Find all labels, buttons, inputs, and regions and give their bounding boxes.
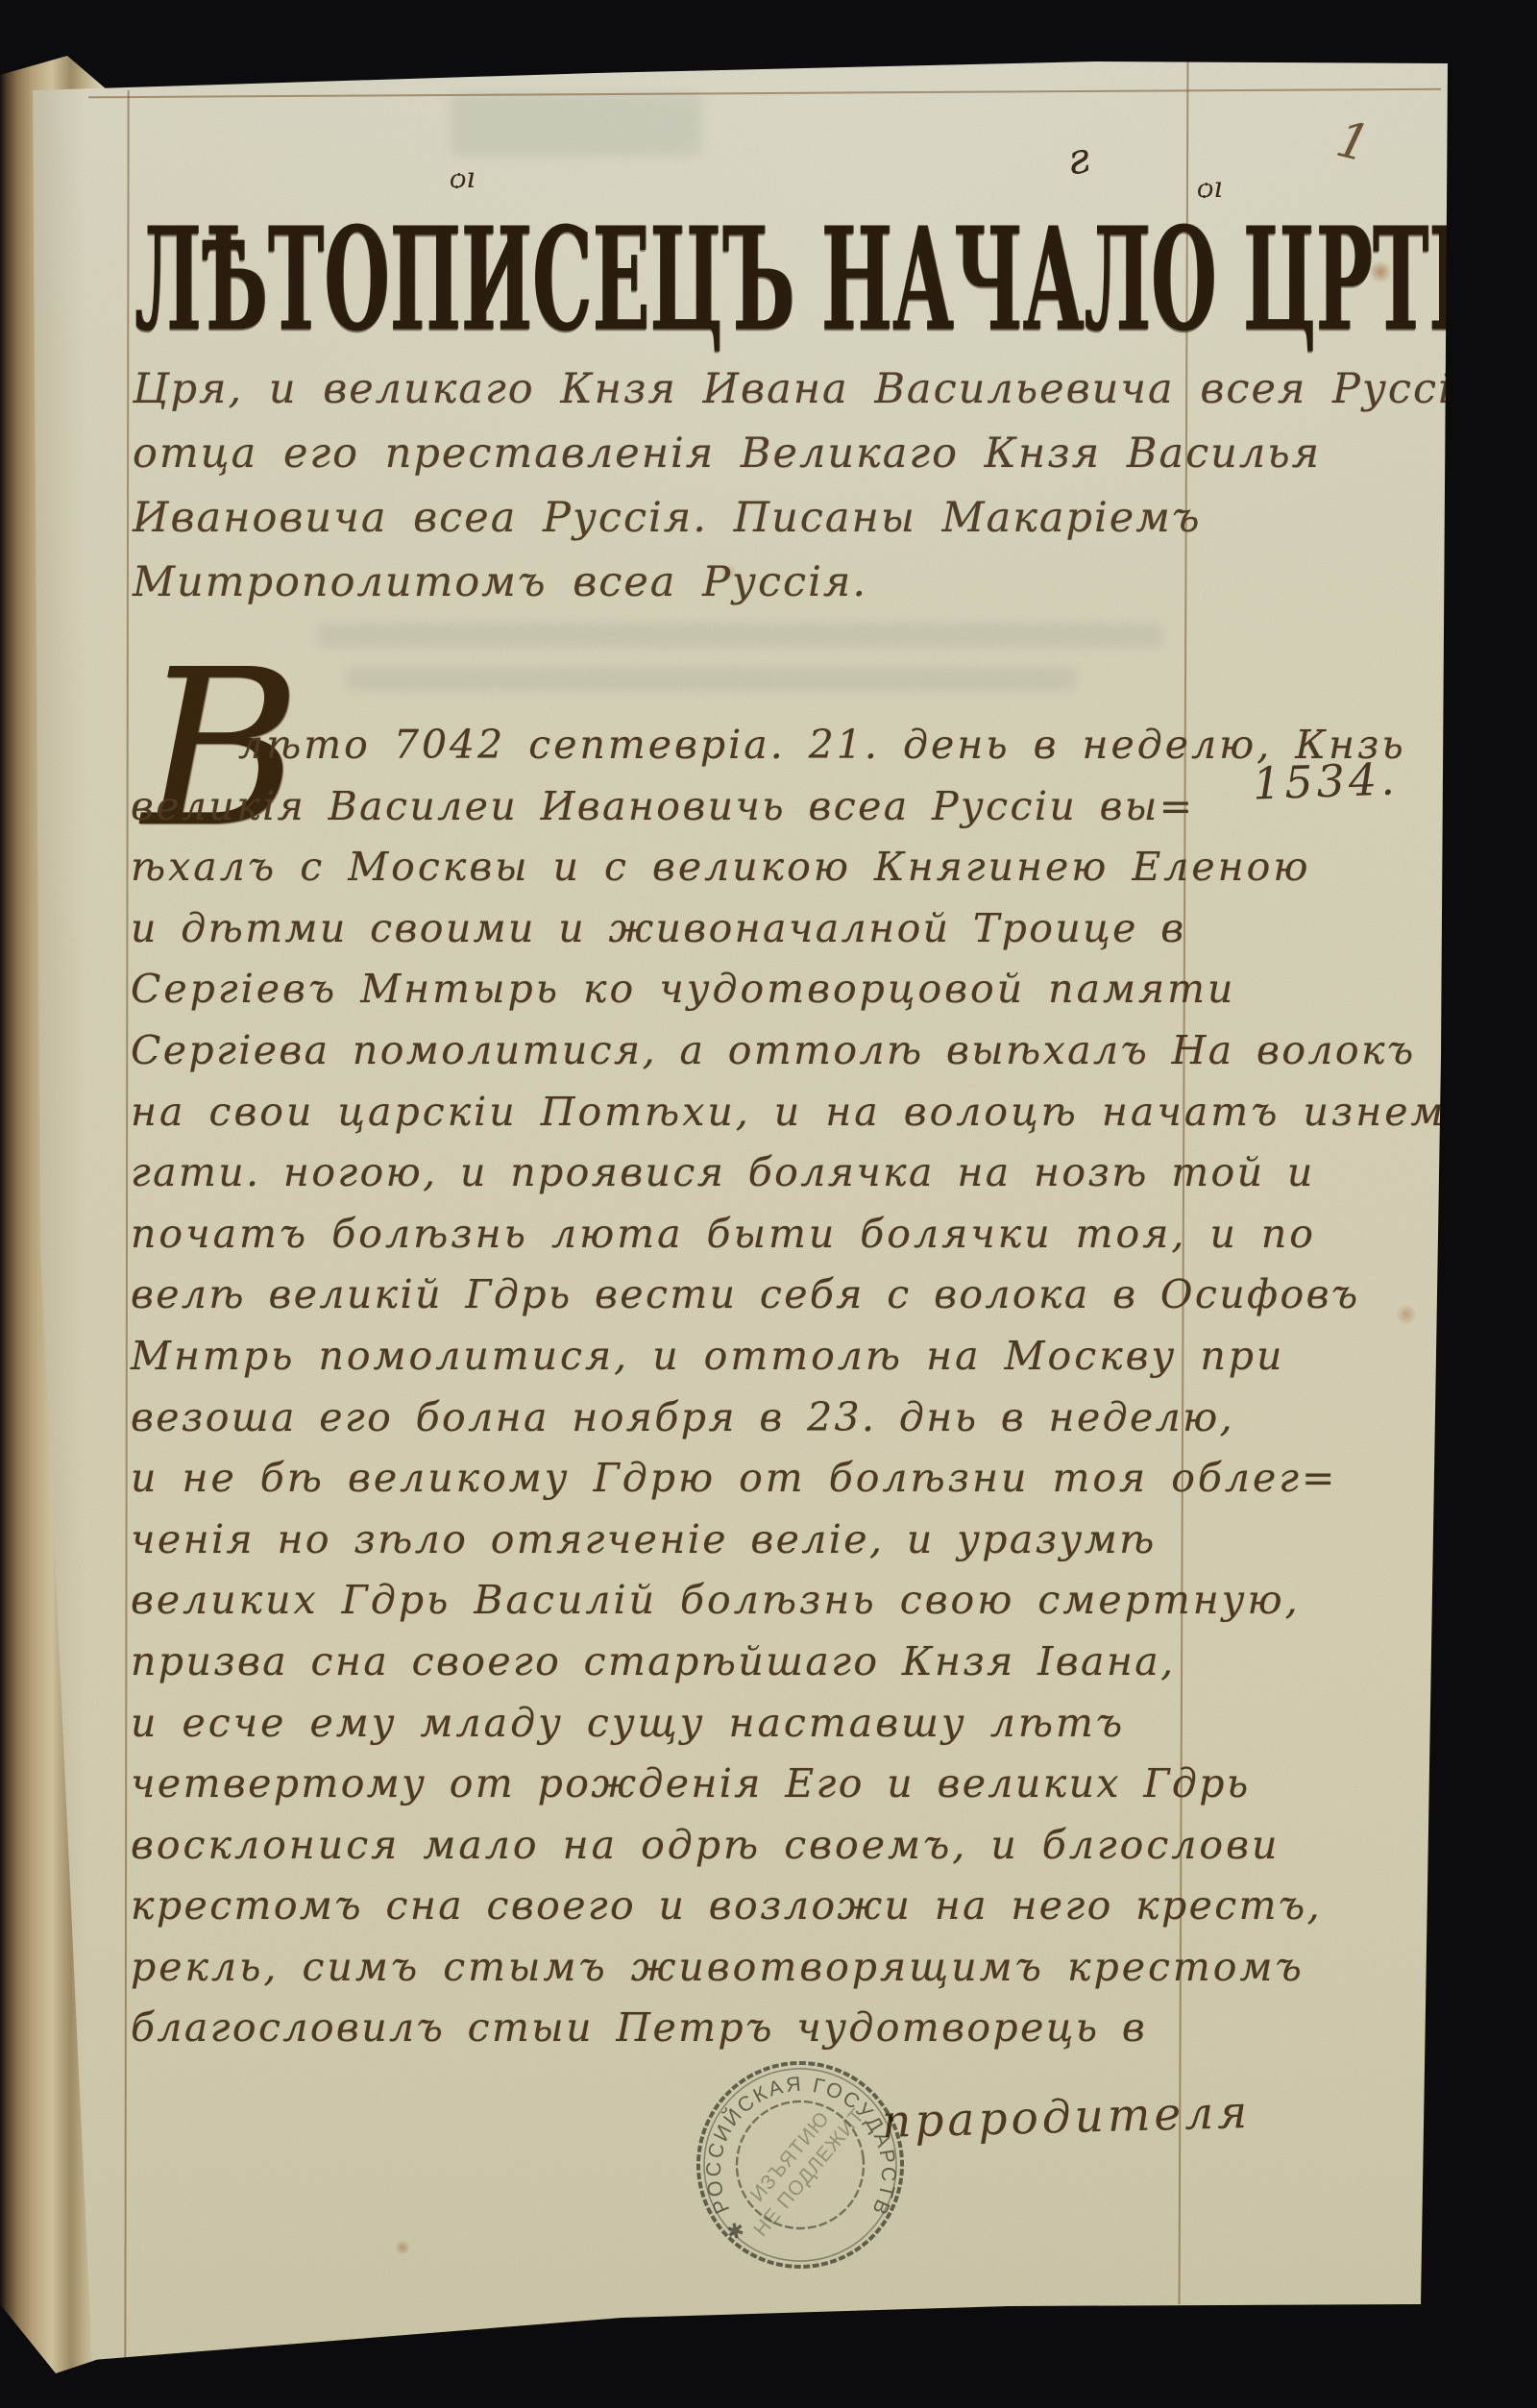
ruled-border-top [88, 88, 1441, 99]
body-line: ченія но зѣло отягченіе веліе, и уразумѣ [131, 1510, 1360, 1571]
body-line: велѣ великій Гдрь вести себя с волока в … [131, 1265, 1360, 1326]
header-line: Цря, и великаго Кнзя Ивана Васильевича в… [133, 357, 1343, 422]
body-line: великія Василеи Ивановичь всеа Руссіи вы… [131, 776, 1360, 838]
body-line: восклонися мало на одрѣ своемъ, и блгосл… [131, 1815, 1360, 1877]
header-line: отца его преставленія Великаго Кнзя Васи… [133, 422, 1343, 486]
body-line: благословилъ стыи Петръ чудотворець в [131, 1998, 1360, 2059]
title-header-text: Цря, и великаго Кнзя Ивана Васильевича в… [133, 357, 1343, 615]
manuscript-photo: 1 ЛѢТОПИСЕЦЪ НАЧАЛО ЦРТВА ѻı ꙅ ѻı Цря, и… [0, 0, 1537, 2408]
library-stamp: ✱ РОССИЙСКАЯ ГОСУДАРСТВЕННАЯ БИБЛИОТЕКА … [673, 2038, 927, 2292]
margin-date-annotation: 1534. [1252, 752, 1399, 809]
body-line: лѣто 7042 септевріа. 21. день в неделю, … [131, 715, 1360, 776]
title-superscript-mark: ѻı [1197, 171, 1223, 205]
ink-bleed-through [451, 94, 701, 156]
body-line: и не бѣ великому Гдрю от болѣзни тоя обл… [131, 1448, 1360, 1510]
body-line: и дѣтми своими и живоначалной Троице в [131, 898, 1360, 960]
folio-number: 1 [1330, 111, 1376, 174]
body-line: великих Гдрь Василій болѣзнь свою смертн… [131, 1570, 1360, 1632]
body-line: четвертому от рожденія Его и великих Гдр… [131, 1754, 1360, 1815]
title-superscript-mark: ѻı [450, 161, 476, 195]
body-line: призва сна своего старѣйшаго Кнзя Івана, [131, 1632, 1360, 1693]
ink-bleed-through [346, 667, 1076, 690]
closing-word: прародителя [881, 2086, 1252, 2149]
paper-stain [394, 2241, 411, 2254]
body-line: гати. ногою, и проявися болячка на нозѣ … [131, 1143, 1360, 1204]
body-line: Мнтрь помолитися, и оттолѣ на Москву при [131, 1326, 1360, 1388]
paper-stain [1084, 2366, 1112, 2385]
body-line: Сергіевъ Мнтырь ко чудотворцовой памяти [131, 959, 1360, 1020]
title-superscript-mark: ꙅ [1063, 133, 1095, 185]
manuscript-page: 1 ЛѢТОПИСЕЦЪ НАЧАЛО ЦРТВА ѻı ꙅ ѻı Цря, и… [0, 0, 1537, 2408]
ink-bleed-through [317, 623, 1162, 648]
page-title: ЛѢТОПИСЕЦЪ НАЧАЛО ЦРТВА [134, 198, 1537, 364]
header-line: Митрополитомъ всеа Руссія. [133, 551, 1343, 615]
body-line: и есче ему младу сущу наставшу лѣтъ [131, 1693, 1360, 1755]
header-line: Ивановича всеа Руссія. Писаны Макаріемъ [133, 486, 1343, 551]
paper-stain [1395, 1305, 1418, 1324]
body-line: ѣхалъ с Москвы и с великою Княгинею Елен… [131, 837, 1360, 898]
body-line: на свои царскіи Потѣхи, и на волоцѣ нача… [131, 1082, 1360, 1143]
body-line: Сергіева помолитися, а оттолѣ выѣхалъ На… [131, 1020, 1360, 1082]
body-text: лѣто 7042 септевріа. 21. день в неделю, … [131, 715, 1360, 2059]
body-line: початъ болѣзнь люта быти болячки тоя, и … [131, 1204, 1360, 1265]
body-line: крестомъ сна своего и возложи на него кр… [131, 1876, 1360, 1937]
body-line: везоша его болна ноября в 23. днь в неде… [131, 1388, 1360, 1449]
body-line: рекль, симъ стымъ животворящимъ крестомъ [131, 1937, 1360, 1999]
ruled-border-left [124, 90, 129, 2360]
